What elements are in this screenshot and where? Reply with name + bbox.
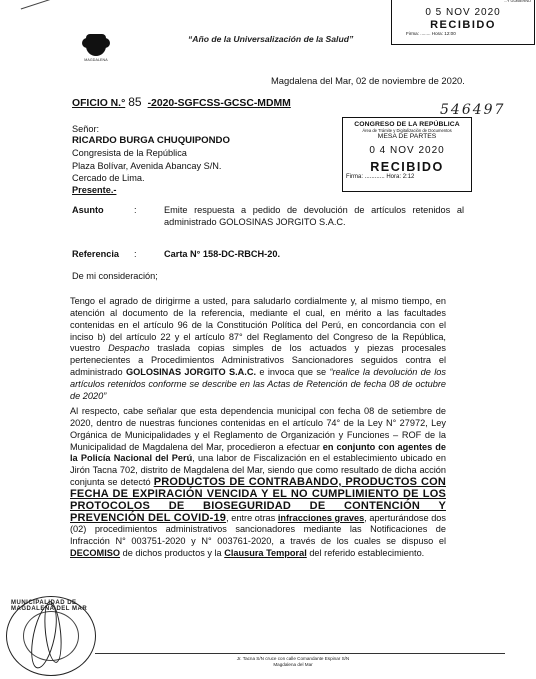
oficio-number: OFICIO N.°85-2020-SGFCSS-GCSC-MDMM (72, 95, 291, 109)
asunto-label: Asunto (72, 205, 104, 215)
stamp-date: 0 5 NOV 2020 (392, 7, 534, 18)
greeting: De mi consideración; (72, 271, 158, 281)
footer-divider (95, 653, 505, 654)
recipient-name: RICARDO BURGA CHUQUIPONDO (72, 135, 230, 147)
logo-label: MAGDALENA (83, 58, 109, 62)
paragraph-1: Tengo el agrado de dirigirme a usted, pa… (70, 296, 446, 403)
footer-address: Jr. Tacna S/N cruce con calle Comandante… (200, 656, 386, 668)
municipal-logo: MAGDALENA (83, 34, 109, 62)
recipient-block: Señor: RICARDO BURGA CHUQUIPONDO Congres… (72, 123, 230, 196)
stamp-status: RECIBIDO (343, 160, 471, 174)
municipal-seal: MUNICIPALIDAD DE MAGDALENA DEL MAR (6, 596, 96, 676)
stamp-firma-hora: Firma: ........ Hora: 12:00 (392, 31, 534, 36)
registry-number: 546497 (440, 102, 505, 118)
stamp-date: 0 4 NOV 2020 (343, 145, 471, 156)
paragraph-2: Al respecto, cabe señalar que esta depen… (70, 406, 446, 560)
handwritten-mark (21, 0, 62, 10)
asunto-text: Emite respuesta a pedido de devolución d… (164, 205, 464, 228)
oficio-handwritten-number: 85 (128, 95, 141, 109)
year-slogan: “Año de la Universalización de la Salud” (188, 34, 353, 44)
referencia-label: Referencia (72, 249, 119, 259)
crest-icon (86, 34, 106, 56)
stamp-firma-hora: Firma: ............ Hora: 2:12 (343, 174, 471, 180)
document-date: Magdalena del Mar, 02 de noviembre de 20… (271, 75, 465, 86)
stamp-org: ...Y GOBIERNO (392, 0, 534, 3)
congreso-reception-stamp: CONGRESO DE LA REPÚBLICA Área de Trámite… (342, 117, 472, 192)
reception-stamp-top: ...Y GOBIERNO 0 5 NOV 2020 RECIBIDO Firm… (391, 0, 535, 45)
referencia-text: Carta N° 158-DC-RBCH-20. (164, 249, 280, 259)
stamp-status: RECIBIDO (392, 19, 534, 31)
